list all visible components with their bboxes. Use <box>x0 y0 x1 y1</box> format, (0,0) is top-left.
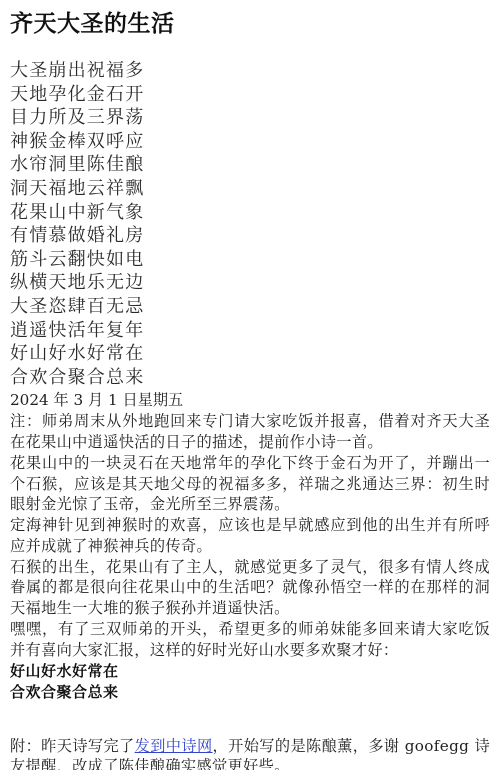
postscript: 附：昨天诗写完了发到中诗网，开始写的是陈酿薰，多谢 goofegg 诗友提醒，改… <box>10 736 490 770</box>
poem-line: 花果山中新气象 <box>10 201 490 225</box>
zhongshiwang-link[interactable]: 发到中诗网 <box>135 737 213 755</box>
post-date: 2024 年 3 月 1 日星期五 <box>10 390 490 411</box>
paragraph-note: 注：师弟周末从外地跑回来专门请大家吃饭并报喜，借着对齐天大圣在花果山中逍遥快活的… <box>10 411 490 453</box>
poem-line: 神猴金棒双呼应 <box>10 130 490 154</box>
poem-line: 目力所及三界荡 <box>10 106 490 130</box>
postscript-prefix: 附：昨天诗写完了 <box>10 737 135 755</box>
poem-line: 逍遥快活年复年 <box>10 319 490 343</box>
poem-line: 天地孕化金石开 <box>10 83 490 107</box>
article-body: 2024 年 3 月 1 日星期五 注：师弟周末从外地跑回来专门请大家吃饭并报喜… <box>10 390 490 770</box>
article: 齐天大圣的生活 大圣崩出祝福多 天地孕化金石开 目力所及三界荡 神猴金棒双呼应 … <box>0 8 500 770</box>
poem-line: 纵横天地乐无边 <box>10 271 490 295</box>
poem-line: 合欢合聚合总来 <box>10 366 490 390</box>
paragraph: 嘿嘿，有了三双师弟的开头，希望更多的师弟妹能多回来请大家吃饭并有喜向大家汇报，这… <box>10 619 490 661</box>
poem: 大圣崩出祝福多 天地孕化金石开 目力所及三界荡 神猴金棒双呼应 水帘洞里陈佳酿 … <box>10 59 490 389</box>
poem-line: 好山好水好常在 <box>10 342 490 366</box>
closing-line: 好山好水好常在 <box>10 661 490 682</box>
closing-line: 合欢合聚合总来 <box>10 682 490 703</box>
poem-line: 大圣恣肆百无忌 <box>10 295 490 319</box>
poem-line: 大圣崩出祝福多 <box>10 59 490 83</box>
poem-line: 有情慕做婚礼房 <box>10 224 490 248</box>
poem-line: 筋斗云翻快如电 <box>10 248 490 272</box>
poem-line: 洞天福地云祥飘 <box>10 177 490 201</box>
paragraph: 石猴的出生，花果山有了主人，就感觉更多了灵气，很多有情人终成眷属的都是很向往花果… <box>10 557 490 619</box>
poem-line: 水帘洞里陈佳酿 <box>10 153 490 177</box>
paragraph: 花果山中的一块灵石在天地常年的孕化下终于金石为开了，并蹦出一个石猴，应该是其天地… <box>10 453 490 515</box>
spacer <box>10 703 490 736</box>
page-title: 齐天大圣的生活 <box>10 8 490 38</box>
paragraph: 定海神针见到神猴时的欢喜，应该也是早就感应到他的出生并有所呼应并成就了神猴神兵的… <box>10 515 490 557</box>
